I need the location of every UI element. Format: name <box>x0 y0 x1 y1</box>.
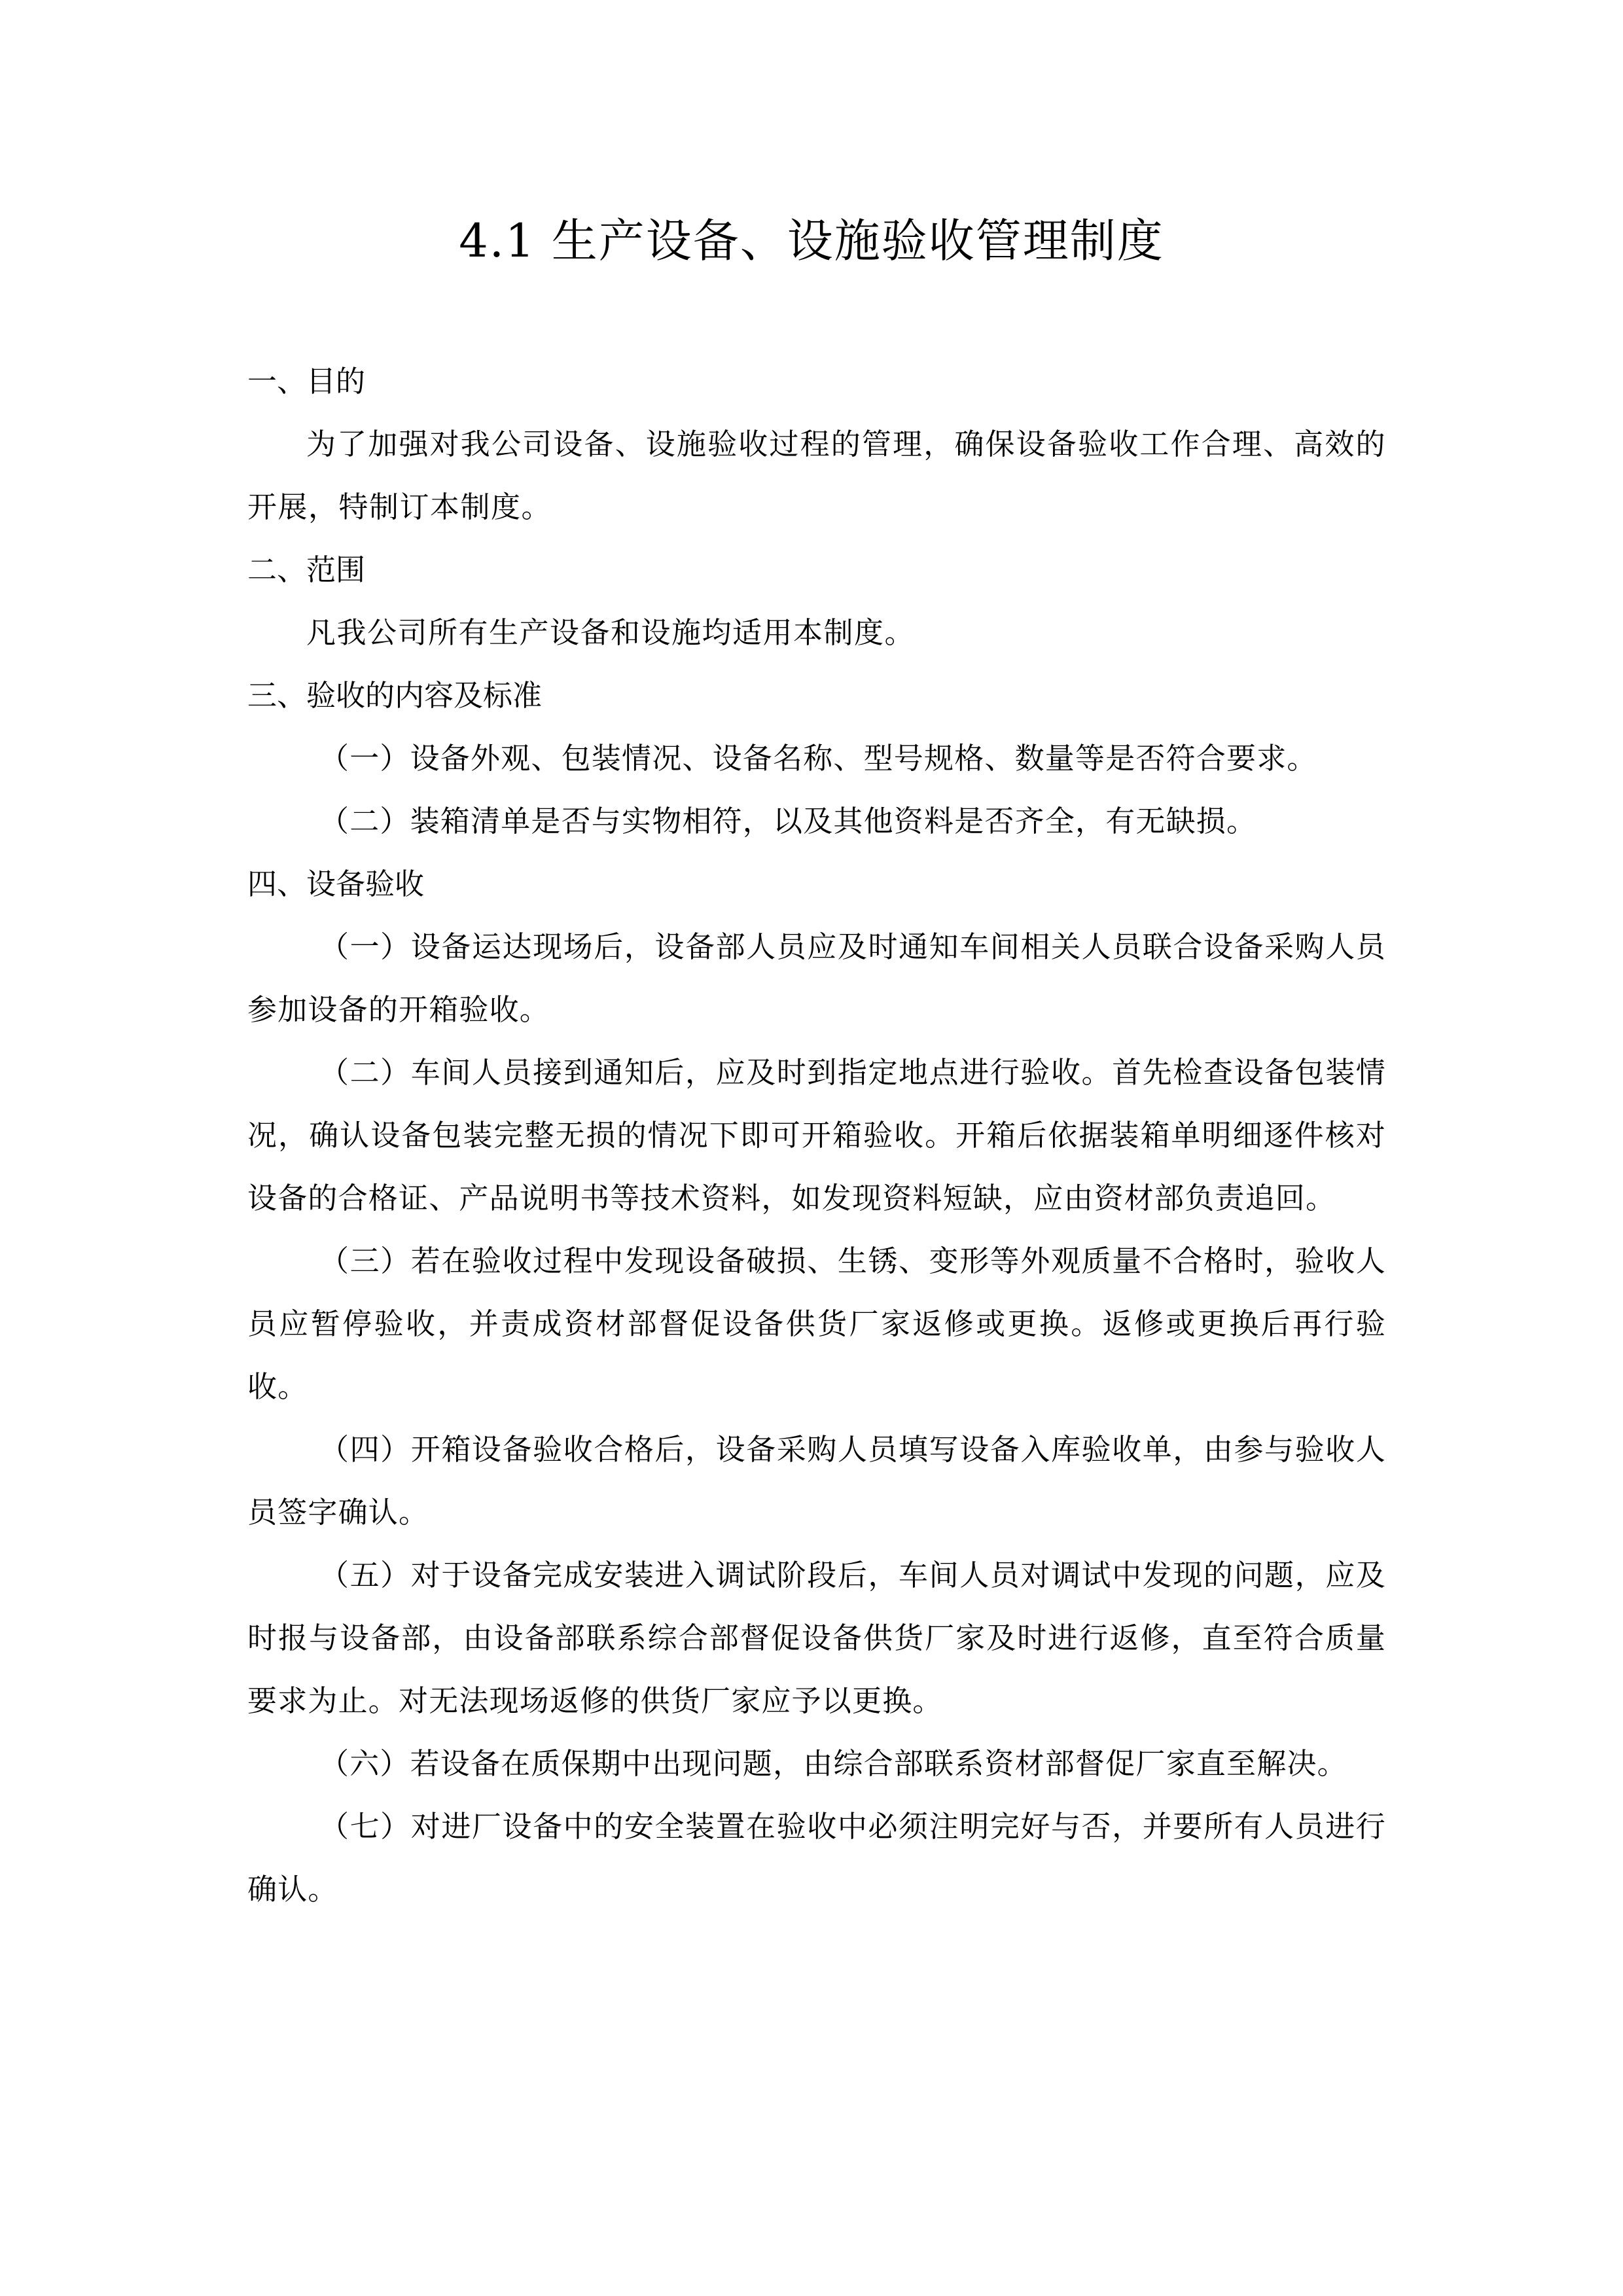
list-item: （三）若在验收过程中发现设备破损、生锈、变形等外观质量不合格时，验收人员应暂停验… <box>247 1230 1386 1418</box>
list-item: （二）车间人员接到通知后，应及时到指定地点进行验收。首先检查设备包装情况，确认设… <box>247 1041 1386 1230</box>
list-item: （一）设备运达现场后，设备部人员应及时通知车间相关人员联合设备采购人员参加设备的… <box>247 916 1386 1041</box>
document-title: 4.1 生产设备、设施验收管理制度 <box>0 208 1623 274</box>
paragraph: 为了加强对我公司设备、设施验收过程的管理，确保设备验收工作合理、高效的开展，特制… <box>247 413 1386 539</box>
section-heading: 三、验收的内容及标准 <box>247 664 1386 727</box>
list-item: （一）设备外观、包装情况、设备名称、型号规格、数量等是否符合要求。 <box>247 727 1386 790</box>
section-scope: 二、范围 凡我公司所有生产设备和设施均适用本制度。 <box>247 539 1386 664</box>
paragraph: 凡我公司所有生产设备和设施均适用本制度。 <box>247 601 1386 664</box>
list-item: （二）装箱清单是否与实物相符，以及其他资料是否齐全，有无缺损。 <box>247 790 1386 853</box>
document-body: 一、目的 为了加强对我公司设备、设施验收过程的管理，确保设备验收工作合理、高效的… <box>247 350 1386 1921</box>
section-purpose: 一、目的 为了加强对我公司设备、设施验收过程的管理，确保设备验收工作合理、高效的… <box>247 350 1386 539</box>
section-equipment-acceptance: 四、设备验收 （一）设备运达现场后，设备部人员应及时通知车间相关人员联合设备采购… <box>247 853 1386 1921</box>
list-item: （七）对进厂设备中的安全装置在验收中必须注明完好与否，并要所有人员进行确认。 <box>247 1795 1386 1921</box>
list-item: （六）若设备在质保期中出现问题，由综合部联系资材部督促厂家直至解决。 <box>247 1732 1386 1795</box>
section-heading: 二、范围 <box>247 539 1386 601</box>
list-item: （四）开箱设备验收合格后，设备采购人员填写设备入库验收单，由参与验收人员签字确认… <box>247 1418 1386 1544</box>
section-heading: 一、目的 <box>247 350 1386 413</box>
section-content-standards: 三、验收的内容及标准 （一）设备外观、包装情况、设备名称、型号规格、数量等是否符… <box>247 664 1386 853</box>
list-item: （五）对于设备完成安装进入调试阶段后，车间人员对调试中发现的问题，应及时报与设备… <box>247 1544 1386 1732</box>
section-heading: 四、设备验收 <box>247 853 1386 916</box>
